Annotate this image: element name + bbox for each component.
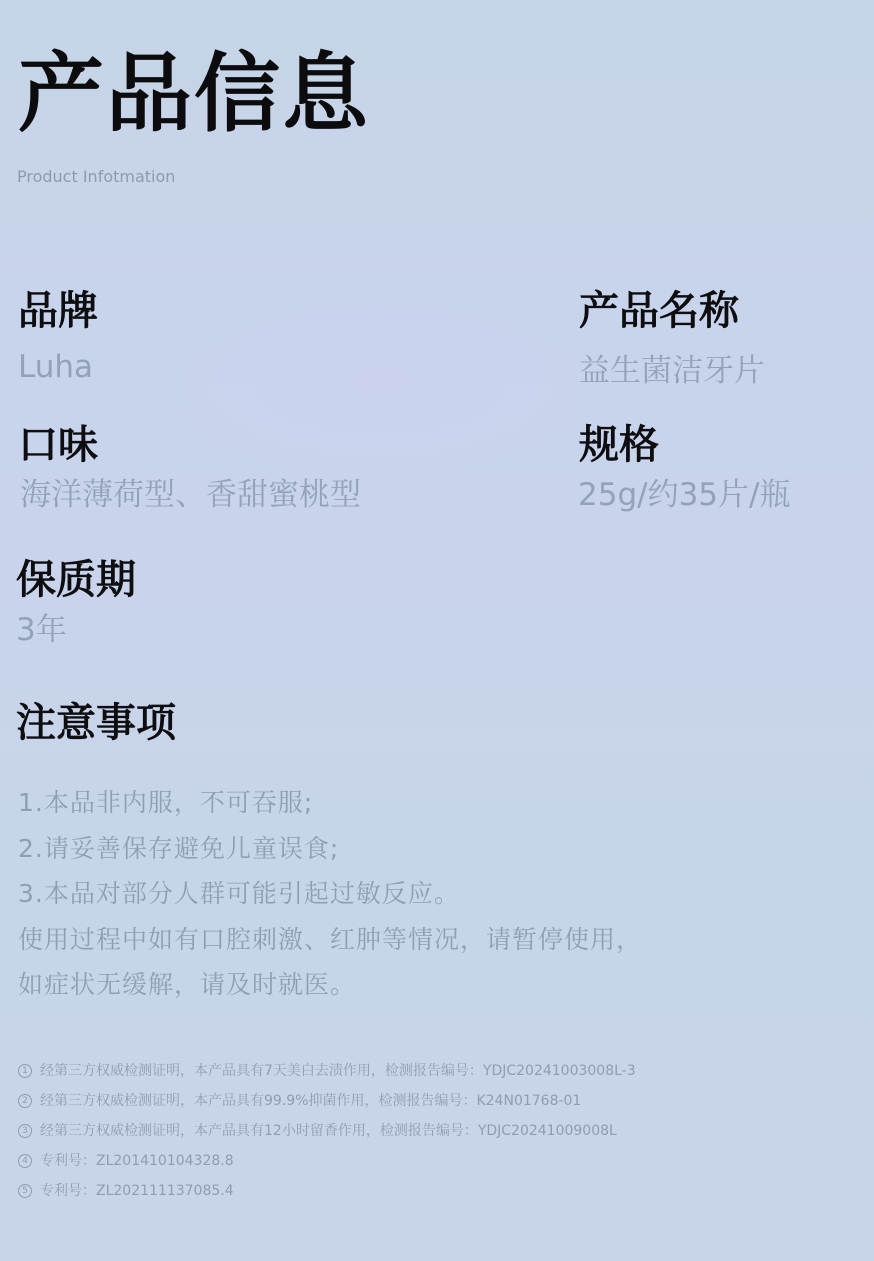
footnote-text: 专利号：ZL202111137085.4: [40, 1176, 234, 1206]
brand-value: Luha: [18, 347, 93, 387]
footnote-item: 5 专利号：ZL202111137085.4: [18, 1176, 636, 1206]
notes-line: 2.请妥善保存避免儿童误食;: [18, 826, 642, 872]
footnote-text: 专利号：ZL201410104328.8: [40, 1146, 234, 1176]
notes-line: 如症状无缓解，请及时就医。: [18, 962, 642, 1008]
circled-number-icon: 5: [18, 1184, 32, 1198]
footnote-item: 1 经第三方权威检测证明，本产品具有7天美白去渍作用，检测报告编号：YDJC20…: [18, 1056, 636, 1086]
footnote-item: 4 专利号：ZL201410104328.8: [18, 1146, 636, 1176]
shelf-life-label: 保质期: [16, 555, 136, 605]
circled-number-icon: 1: [18, 1064, 32, 1078]
brand-label: 品牌: [18, 286, 98, 336]
notes-line: 1.本品非内服，不可吞服;: [18, 780, 642, 826]
flavor-value: 海洋薄荷型、香甜蜜桃型: [20, 475, 361, 515]
page-title: 产品信息: [18, 44, 370, 144]
circled-number-icon: 3: [18, 1124, 32, 1138]
page-subtitle: Product Infotmation: [17, 166, 175, 188]
circled-number-icon: 2: [18, 1094, 32, 1108]
footnote-text: 经第三方权威检测证明，本产品具有12小时留香作用，检测报告编号：YDJC2024…: [40, 1116, 617, 1146]
specification-value: 25g/约35片/瓶: [578, 475, 790, 515]
footnote-text: 经第三方权威检测证明，本产品具有99.9%抑菌作用，检测报告编号：K24N017…: [40, 1086, 581, 1116]
product-name-label: 产品名称: [579, 286, 739, 336]
footnote-item: 2 经第三方权威检测证明，本产品具有99.9%抑菌作用，检测报告编号：K24N0…: [18, 1086, 636, 1116]
background-glow: [150, 280, 610, 480]
footnotes-list: 1 经第三方权威检测证明，本产品具有7天美白去渍作用，检测报告编号：YDJC20…: [18, 1056, 636, 1206]
specification-label: 规格: [579, 420, 659, 470]
footnote-text: 经第三方权威检测证明，本产品具有7天美白去渍作用，检测报告编号：YDJC2024…: [40, 1056, 636, 1086]
footnote-item: 3 经第三方权威检测证明，本产品具有12小时留香作用，检测报告编号：YDJC20…: [18, 1116, 636, 1146]
notes-list: 1.本品非内服，不可吞服; 2.请妥善保存避免儿童误食; 3.本品对部分人群可能…: [18, 780, 642, 1008]
notes-line: 3.本品对部分人群可能引起过敏反应。: [18, 871, 642, 917]
product-name-value: 益生菌洁牙片: [579, 351, 765, 391]
notes-line: 使用过程中如有口腔刺激、红肿等情况，请暂停使用，: [18, 917, 642, 963]
notes-heading: 注意事项: [16, 698, 176, 748]
circled-number-icon: 4: [18, 1154, 32, 1168]
shelf-life-value: 3年: [16, 610, 67, 650]
flavor-label: 口味: [18, 420, 98, 470]
